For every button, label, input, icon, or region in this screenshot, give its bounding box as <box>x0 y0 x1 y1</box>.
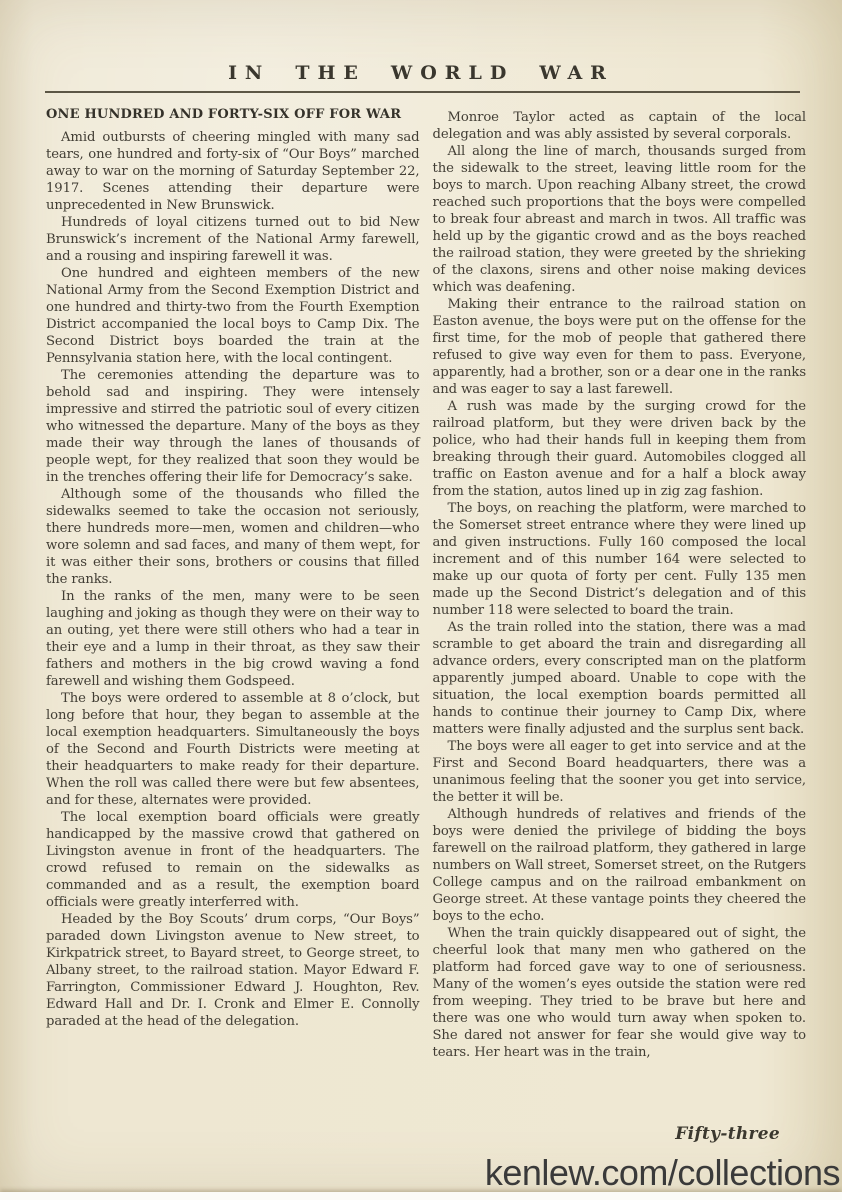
body-paragraph: One hundred and eighteen members of the … <box>46 265 420 367</box>
page-number: Fifty-three <box>675 1124 780 1144</box>
body-paragraph: A rush was made by the surging crowd for… <box>433 398 807 500</box>
right-column-text: Monroe Taylor acted as captain of the lo… <box>433 109 807 1061</box>
body-paragraph: The boys, on reaching the platform, were… <box>433 500 807 619</box>
body-paragraph: Although hundreds of relatives and frien… <box>433 806 807 925</box>
watermark-text: kenlew.com/collections <box>485 1152 840 1194</box>
scanned-book-page: IN THE WORLD WAR ONE HUNDRED AND FORTY-S… <box>0 0 842 1200</box>
right-column: Monroe Taylor acted as captain of the lo… <box>433 105 807 1145</box>
body-paragraph: When the train quickly disappeared out o… <box>433 925 807 1061</box>
body-paragraph: The boys were all eager to get into serv… <box>433 738 807 806</box>
body-paragraph: The ceremonies attending the departure w… <box>46 367 420 486</box>
body-paragraph: The boys were ordered to assemble at 8 o… <box>46 690 420 809</box>
body-paragraph: Amid outbursts of cheering mingled with … <box>46 129 420 214</box>
body-paragraph: Making their entrance to the railroad st… <box>433 296 807 398</box>
left-column-text: Amid outbursts of cheering mingled with … <box>46 129 420 1030</box>
body-paragraph: Hundreds of loyal citizens turned out to… <box>46 214 420 265</box>
article-body: ONE HUNDRED AND FORTY-SIX OFF FOR WAR Am… <box>0 93 842 1145</box>
article-heading: ONE HUNDRED AND FORTY-SIX OFF FOR WAR <box>46 105 420 125</box>
left-column: ONE HUNDRED AND FORTY-SIX OFF FOR WAR Am… <box>46 105 420 1145</box>
page-header-title: IN THE WORLD WAR <box>0 62 842 84</box>
body-paragraph: The local exemption board officials were… <box>46 809 420 911</box>
body-paragraph: Headed by the Boy Scouts’ drum corps, “O… <box>46 911 420 1030</box>
body-paragraph: All along the line of march, thousands s… <box>433 143 807 296</box>
page-header: IN THE WORLD WAR <box>0 0 842 84</box>
body-paragraph: In the ranks of the men, many were to be… <box>46 588 420 690</box>
body-paragraph: As the train rolled into the station, th… <box>433 619 807 738</box>
body-paragraph: Monroe Taylor acted as captain of the lo… <box>433 109 807 143</box>
body-paragraph: Although some of the thousands who fille… <box>46 486 420 588</box>
